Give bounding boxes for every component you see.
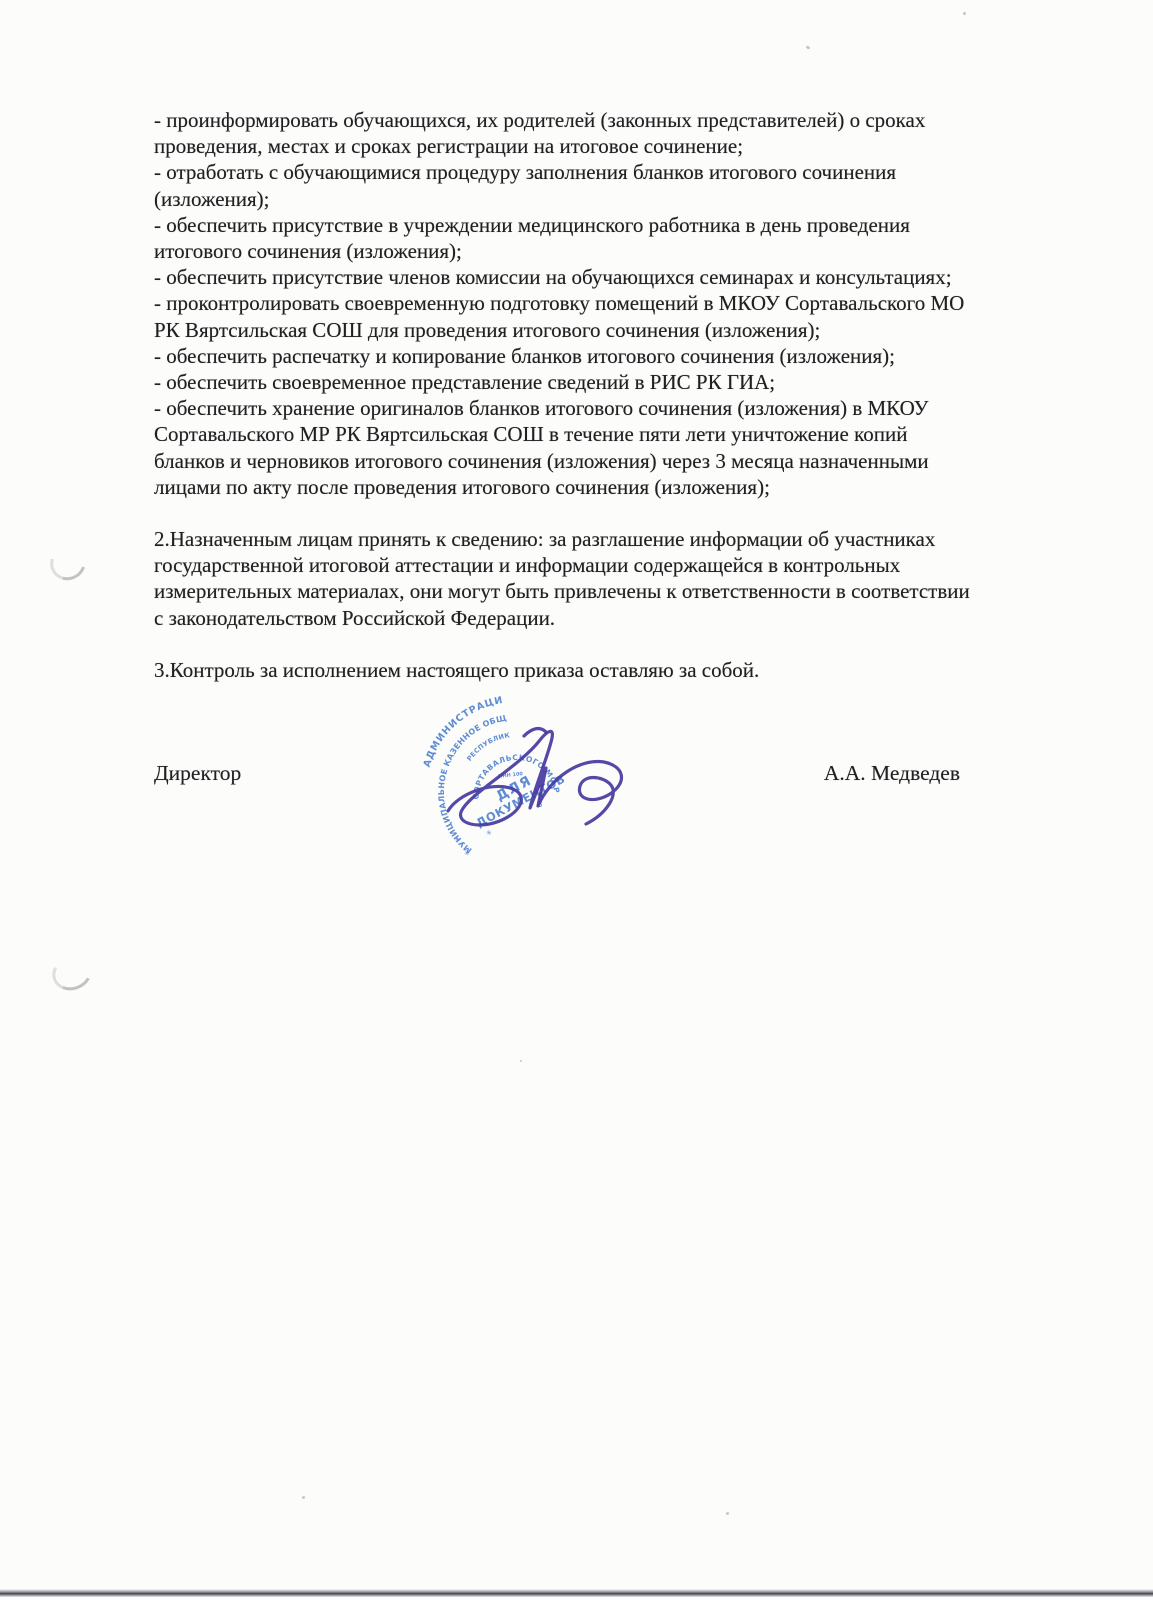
scanned-document-page: - проинформировать обучающихся, их родит…: [0, 0, 1153, 1600]
body-line: лицами по акту после проведения итоговог…: [154, 474, 1074, 500]
body-line: - обеспечить присутствие в учреждении ме…: [154, 212, 1074, 238]
body-line: - обеспечить присутствие членов комиссии…: [154, 264, 1074, 290]
paragraph-2-line: с законодательством Российской Федерации…: [154, 605, 1074, 631]
hole-punch-shadow: [44, 540, 92, 587]
body-line: РК Вяртсильская СОШ для проведения итого…: [154, 317, 1074, 343]
paragraph-2-line: измерительных материалах, они могут быть…: [154, 578, 1074, 604]
body-line: - проинформировать обучающихся, их родит…: [154, 107, 1074, 133]
signature-ink: [428, 706, 668, 846]
body-line: - обеспечить своевременное представление…: [154, 369, 1074, 395]
scan-speck: [963, 12, 966, 15]
body-line: бланков и черновиков итогового сочинения…: [154, 448, 1074, 474]
hole-punch-shadow: [47, 950, 96, 996]
body-line: итогового сочинения (изложения);: [154, 238, 1074, 264]
body-line: - обеспечить хранение оригиналов бланков…: [154, 395, 1074, 421]
body-line: - отработать с обучающимися процедуру за…: [154, 159, 1074, 185]
order-body-text: - проинформировать обучающихся, их родит…: [154, 107, 1074, 683]
scan-speck: [806, 45, 811, 50]
body-line: проведения, местах и сроках регистрации …: [154, 133, 1074, 159]
paragraph-2-line: государственной итоговой аттестации и ин…: [154, 552, 1074, 578]
scan-speck: [520, 1060, 522, 1062]
body-line: - обеспечить распечатку и копирование бл…: [154, 343, 1074, 369]
scan-speck: [726, 1512, 729, 1515]
paragraph-2-line: 2.Назначенным лицам принять к сведению: …: [154, 526, 1074, 552]
body-line: (изложения);: [154, 186, 1074, 212]
signer-name: А.А. Медведев: [824, 761, 960, 786]
scan-bottom-edge: [0, 1589, 1153, 1597]
scan-speck: [302, 1496, 305, 1499]
body-line: - проконтролировать своевременную подгот…: [154, 290, 1074, 316]
stamp-asterisk: ✳: [464, 849, 471, 858]
signer-title: Директор: [154, 761, 241, 786]
body-line: Сортавальского МР РК Вяртсильская СОШ в …: [154, 421, 1074, 447]
